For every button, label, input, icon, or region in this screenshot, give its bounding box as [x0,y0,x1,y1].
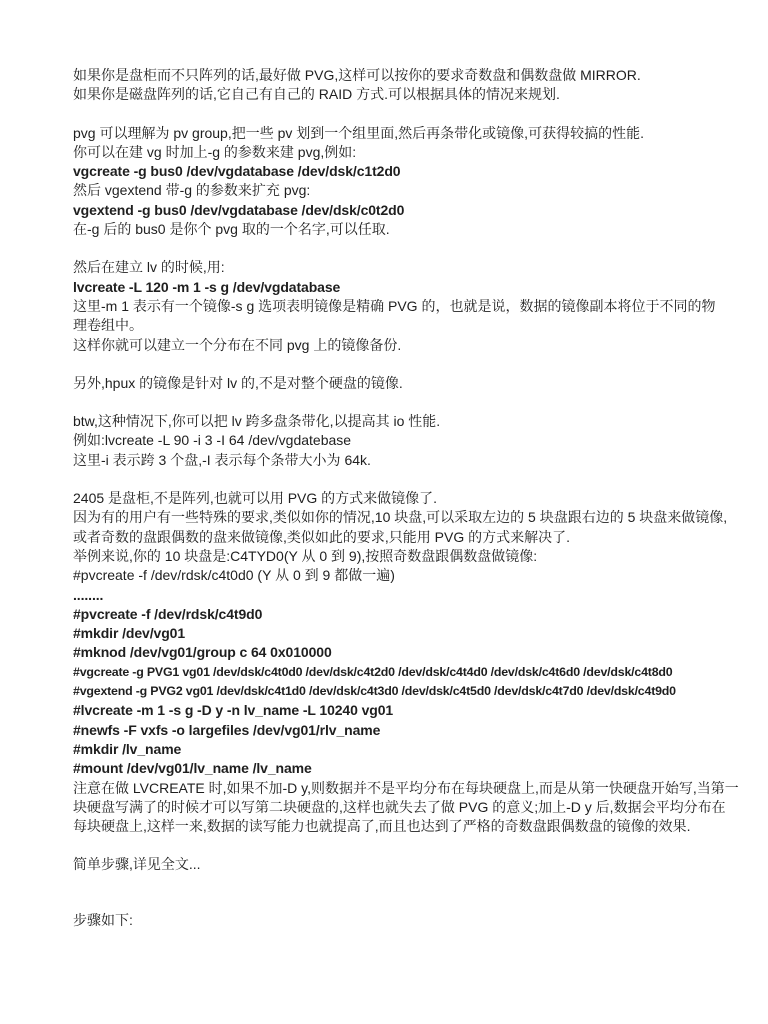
command-line: #lvcreate -m 1 -s g -D y -n lv_name -L 1… [73,701,713,720]
text-line: 另外,hpux 的镜像是针对 lv 的,不是对整个硬盘的镜像. [73,374,713,393]
paragraph: 简单步骤,详见全文... [73,855,713,874]
text-line: 理卷组中。 [73,316,713,335]
document-page: 如果你是盘柜而不只阵列的话,最好做 PVG,这样可以按你的要求奇数盘和偶数盘做 … [73,66,713,949]
command-line: #mkdir /dev/vg01 [73,624,713,643]
command-line: #pvcreate -f /dev/rdsk/c4t9d0 [73,605,713,624]
text-line: 这样你就可以建立一个分布在不同 pvg 上的镜像备份. [73,336,713,355]
command-line: #pvcreate -f /dev/rdsk/c4t0d0 (Y 从 0 到 9… [73,566,713,585]
paragraph: 如果你是盘柜而不只阵列的话,最好做 PVG,这样可以按你的要求奇数盘和偶数盘做 … [73,66,713,105]
paragraph: 2405 是盘柜,不是阵列,也就可以用 PVG 的方式来做镜像了. 因为有的用户… [73,489,713,836]
text-line: 每块硬盘上,这样一来,数据的读写能力也就提高了,而且也达到了严格的奇数盘跟偶数盘… [73,817,713,836]
text-line: btw,这种情况下,你可以把 lv 跨多盘条带化,以提高其 io 性能. [73,412,713,431]
paragraph: btw,这种情况下,你可以把 lv 跨多盘条带化,以提高其 io 性能. 例如:… [73,412,713,470]
text-line: 你可以在建 vg 时加上-g 的参数来建 pvg,例如: [73,143,713,162]
text-line: 在-g 后的 bus0 是你个 pvg 取的一个名字,可以任取. [73,220,713,239]
text-line: 这里-i 表示跨 3 个盘,-I 表示每个条带大小为 64k. [73,451,713,470]
text-line: 如果你是磁盘阵列的话,它自己有自己的 RAID 方式.可以根据具体的情况来规划. [73,85,713,104]
text-line: 步骤如下: [73,911,713,930]
text-line: 块硬盘写满了的时候才可以写第二块硬盘的,这样也就失去了做 PVG 的意义;加上-… [73,798,713,817]
text-line: 这里-m 1 表示有一个镜像-s g 选项表明镜像是精确 PVG 的，也就是说，… [73,297,713,316]
command-line: #mknod /dev/vg01/group c 64 0x010000 [73,643,713,662]
ellipsis-line: ........ [73,586,713,605]
text-line: 2405 是盘柜,不是阵列,也就可以用 PVG 的方式来做镜像了. [73,489,713,508]
paragraph: 另外,hpux 的镜像是针对 lv 的,不是对整个硬盘的镜像. [73,374,713,393]
text-line: 举例来说,你的 10 块盘是:C4TYD0(Y 从 0 到 9),按照奇数盘跟偶… [73,547,713,566]
command-line: #vgextend -g PVG2 vg01 /dev/dsk/c4t1d0 /… [73,682,713,701]
paragraph: 步骤如下: [73,911,713,930]
command-line: #vgcreate -g PVG1 vg01 /dev/dsk/c4t0d0 /… [73,663,713,682]
command-line: vgextend -g bus0 /dev/vgdatabase /dev/ds… [73,201,713,220]
command-line: #mount /dev/vg01/lv_name /lv_name [73,759,713,778]
text-line: 因为有的用户有一些特殊的要求,类似如你的情况,10 块盘,可以采取左边的 5 块… [73,508,713,527]
text-line: 注意在做 LVCREATE 时,如果不加-D y,则数据并不是平均分布在每块硬盘… [73,779,713,798]
text-line: 然后 vgextend 带-g 的参数来扩充 pvg: [73,181,713,200]
paragraph: 然后在建立 lv 的时候,用: lvcreate -L 120 -m 1 -s … [73,258,713,354]
command-line: vgcreate -g bus0 /dev/vgdatabase /dev/ds… [73,162,713,181]
text-line: 简单步骤,详见全文... [73,855,713,874]
command-line: #mkdir /lv_name [73,740,713,759]
text-line: 然后在建立 lv 的时候,用: [73,258,713,277]
text-line: 或者奇数的盘跟偶数的盘来做镜像,类似如此的要求,只能用 PVG 的方式来解决了. [73,528,713,547]
command-line: #newfs -F vxfs -o largefiles /dev/vg01/r… [73,721,713,740]
command-line: lvcreate -L 120 -m 1 -s g /dev/vgdatabas… [73,278,713,297]
text-line: pvg 可以理解为 pv group,把一些 pv 划到一个组里面,然后再条带化… [73,124,713,143]
paragraph: pvg 可以理解为 pv group,把一些 pv 划到一个组里面,然后再条带化… [73,124,713,240]
text-line: 例如:lvcreate -L 90 -i 3 -I 64 /dev/vgdate… [73,431,713,450]
text-line: 如果你是盘柜而不只阵列的话,最好做 PVG,这样可以按你的要求奇数盘和偶数盘做 … [73,66,713,85]
